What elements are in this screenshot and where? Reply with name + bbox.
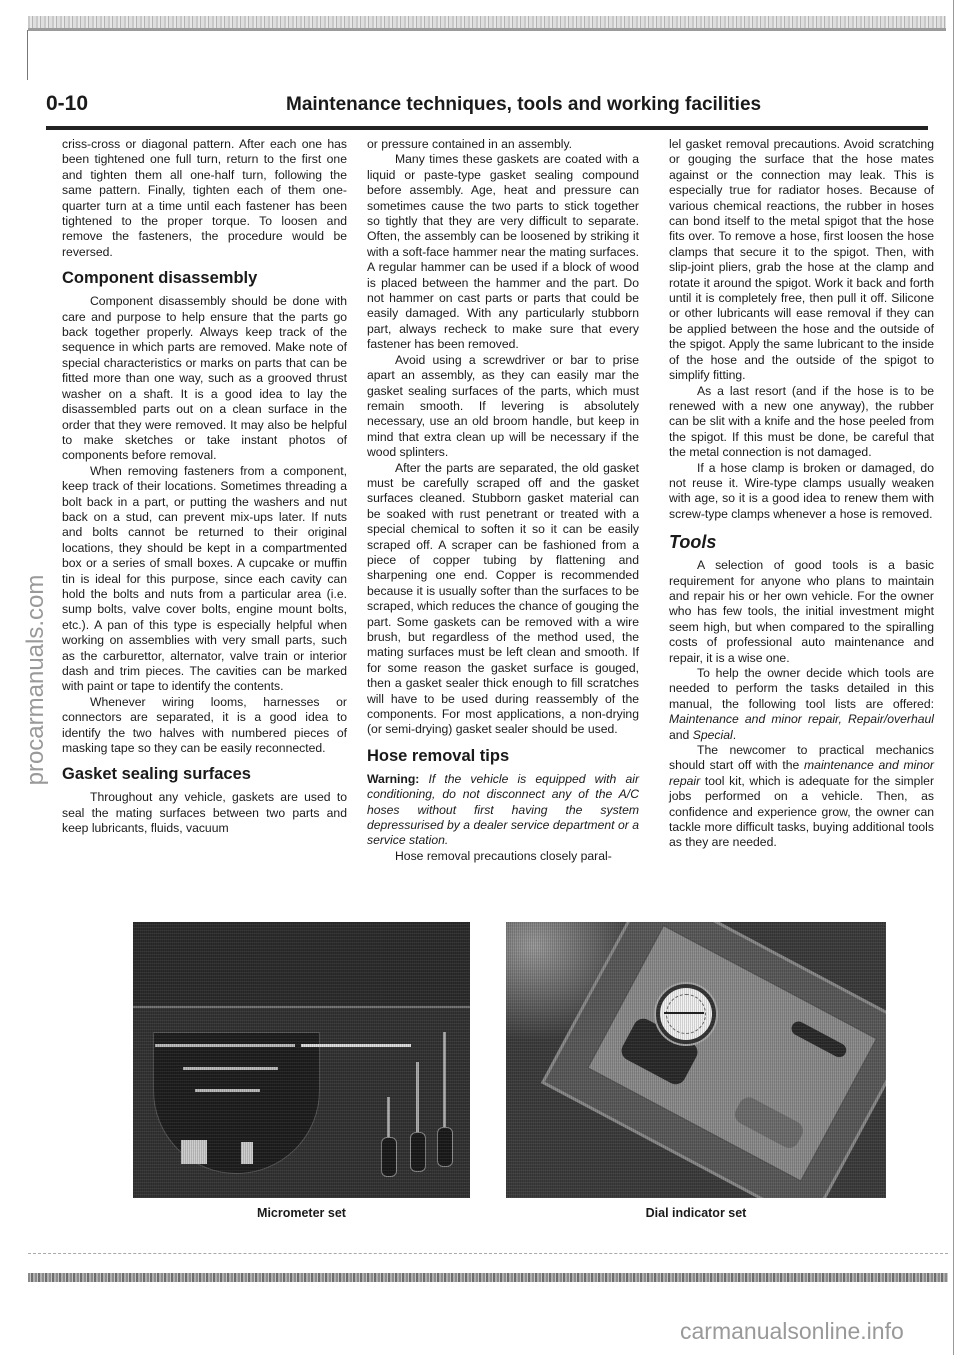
paragraph: After the parts are separated, the old g…: [367, 461, 639, 738]
text-run: and: [669, 728, 693, 742]
warning-note: Warning: If the vehicle is equipped with…: [367, 772, 639, 849]
tool-list-special: Special: [693, 728, 733, 742]
paragraph: If a hose clamp is broken or damaged, do…: [669, 461, 934, 523]
scan-artifact-bottom: [28, 1273, 948, 1282]
paragraph: When removing fasteners from a component…: [62, 464, 347, 695]
paragraph: A selection of good tools is a basic req…: [669, 558, 934, 666]
watermark-bottom: carmanualsonline.info: [680, 1318, 904, 1345]
halftone-overlay: [133, 922, 470, 1198]
paragraph: Avoid using a screwdriver or bar to pris…: [367, 353, 639, 461]
header-rule: [46, 126, 928, 130]
figure-caption: Micrometer set: [133, 1206, 470, 1220]
section-heading-hose-removal-tips: Hose removal tips: [367, 746, 639, 766]
text-column-3: lel gasket removal precautions. Avoid sc…: [669, 137, 934, 851]
scan-edge-right: [953, 0, 954, 1355]
paragraph: Whenever wiring looms, harnesses or conn…: [62, 695, 347, 757]
text-run: To help the owner decide which tools are…: [669, 666, 934, 711]
halftone-overlay: [506, 922, 886, 1198]
page-header: 0-10 Maintenance techniques, tools and w…: [46, 88, 918, 124]
scan-edge-left: [27, 30, 28, 80]
watermark-left: procarmanuals.com: [22, 575, 50, 786]
page-title: Maintenance techniques, tools and workin…: [286, 94, 761, 116]
figure-caption: Dial indicator set: [506, 1206, 886, 1220]
paragraph: lel gasket removal precautions. Avoid sc…: [669, 137, 934, 384]
paragraph: Many times these gaskets are coated with…: [367, 152, 639, 352]
page-number: 0-10: [46, 92, 88, 116]
paragraph: The newcomer to practical mechanics shou…: [669, 743, 934, 851]
paragraph: or pressure contained in an assembly.: [367, 137, 639, 152]
text-run: tool kit, which is adequate for the simp…: [669, 774, 934, 850]
scan-artifact-top: [28, 16, 946, 31]
paragraph: Throughout any vehicle, gaskets are used…: [62, 790, 347, 836]
tool-list-names: Maintenance and minor repair, Repair/ove…: [669, 712, 934, 726]
paragraph: criss-cross or diagonal pattern. After e…: [62, 137, 347, 260]
paragraph: To help the owner decide which tools are…: [669, 666, 934, 743]
text-column-2: or pressure contained in an assembly. Ma…: [367, 137, 639, 864]
warning-label: Warning:: [367, 772, 419, 786]
paragraph: Component disassembly should be done wit…: [62, 294, 347, 463]
micrometer-set-photo: [133, 922, 470, 1198]
text-run: .: [733, 728, 736, 742]
section-heading-component-disassembly: Component disassembly: [62, 268, 347, 288]
paragraph: As a last resort (and if the hose is to …: [669, 384, 934, 461]
dial-indicator-set-photo: [506, 922, 886, 1198]
scan-artifact-dotted: [28, 1253, 948, 1255]
text-column-1: criss-cross or diagonal pattern. After e…: [62, 137, 347, 837]
section-heading-gasket-sealing-surfaces: Gasket sealing surfaces: [62, 764, 347, 784]
section-heading-tools: Tools: [669, 532, 934, 552]
paragraph: Hose removal precautions closely paral-: [367, 849, 639, 864]
